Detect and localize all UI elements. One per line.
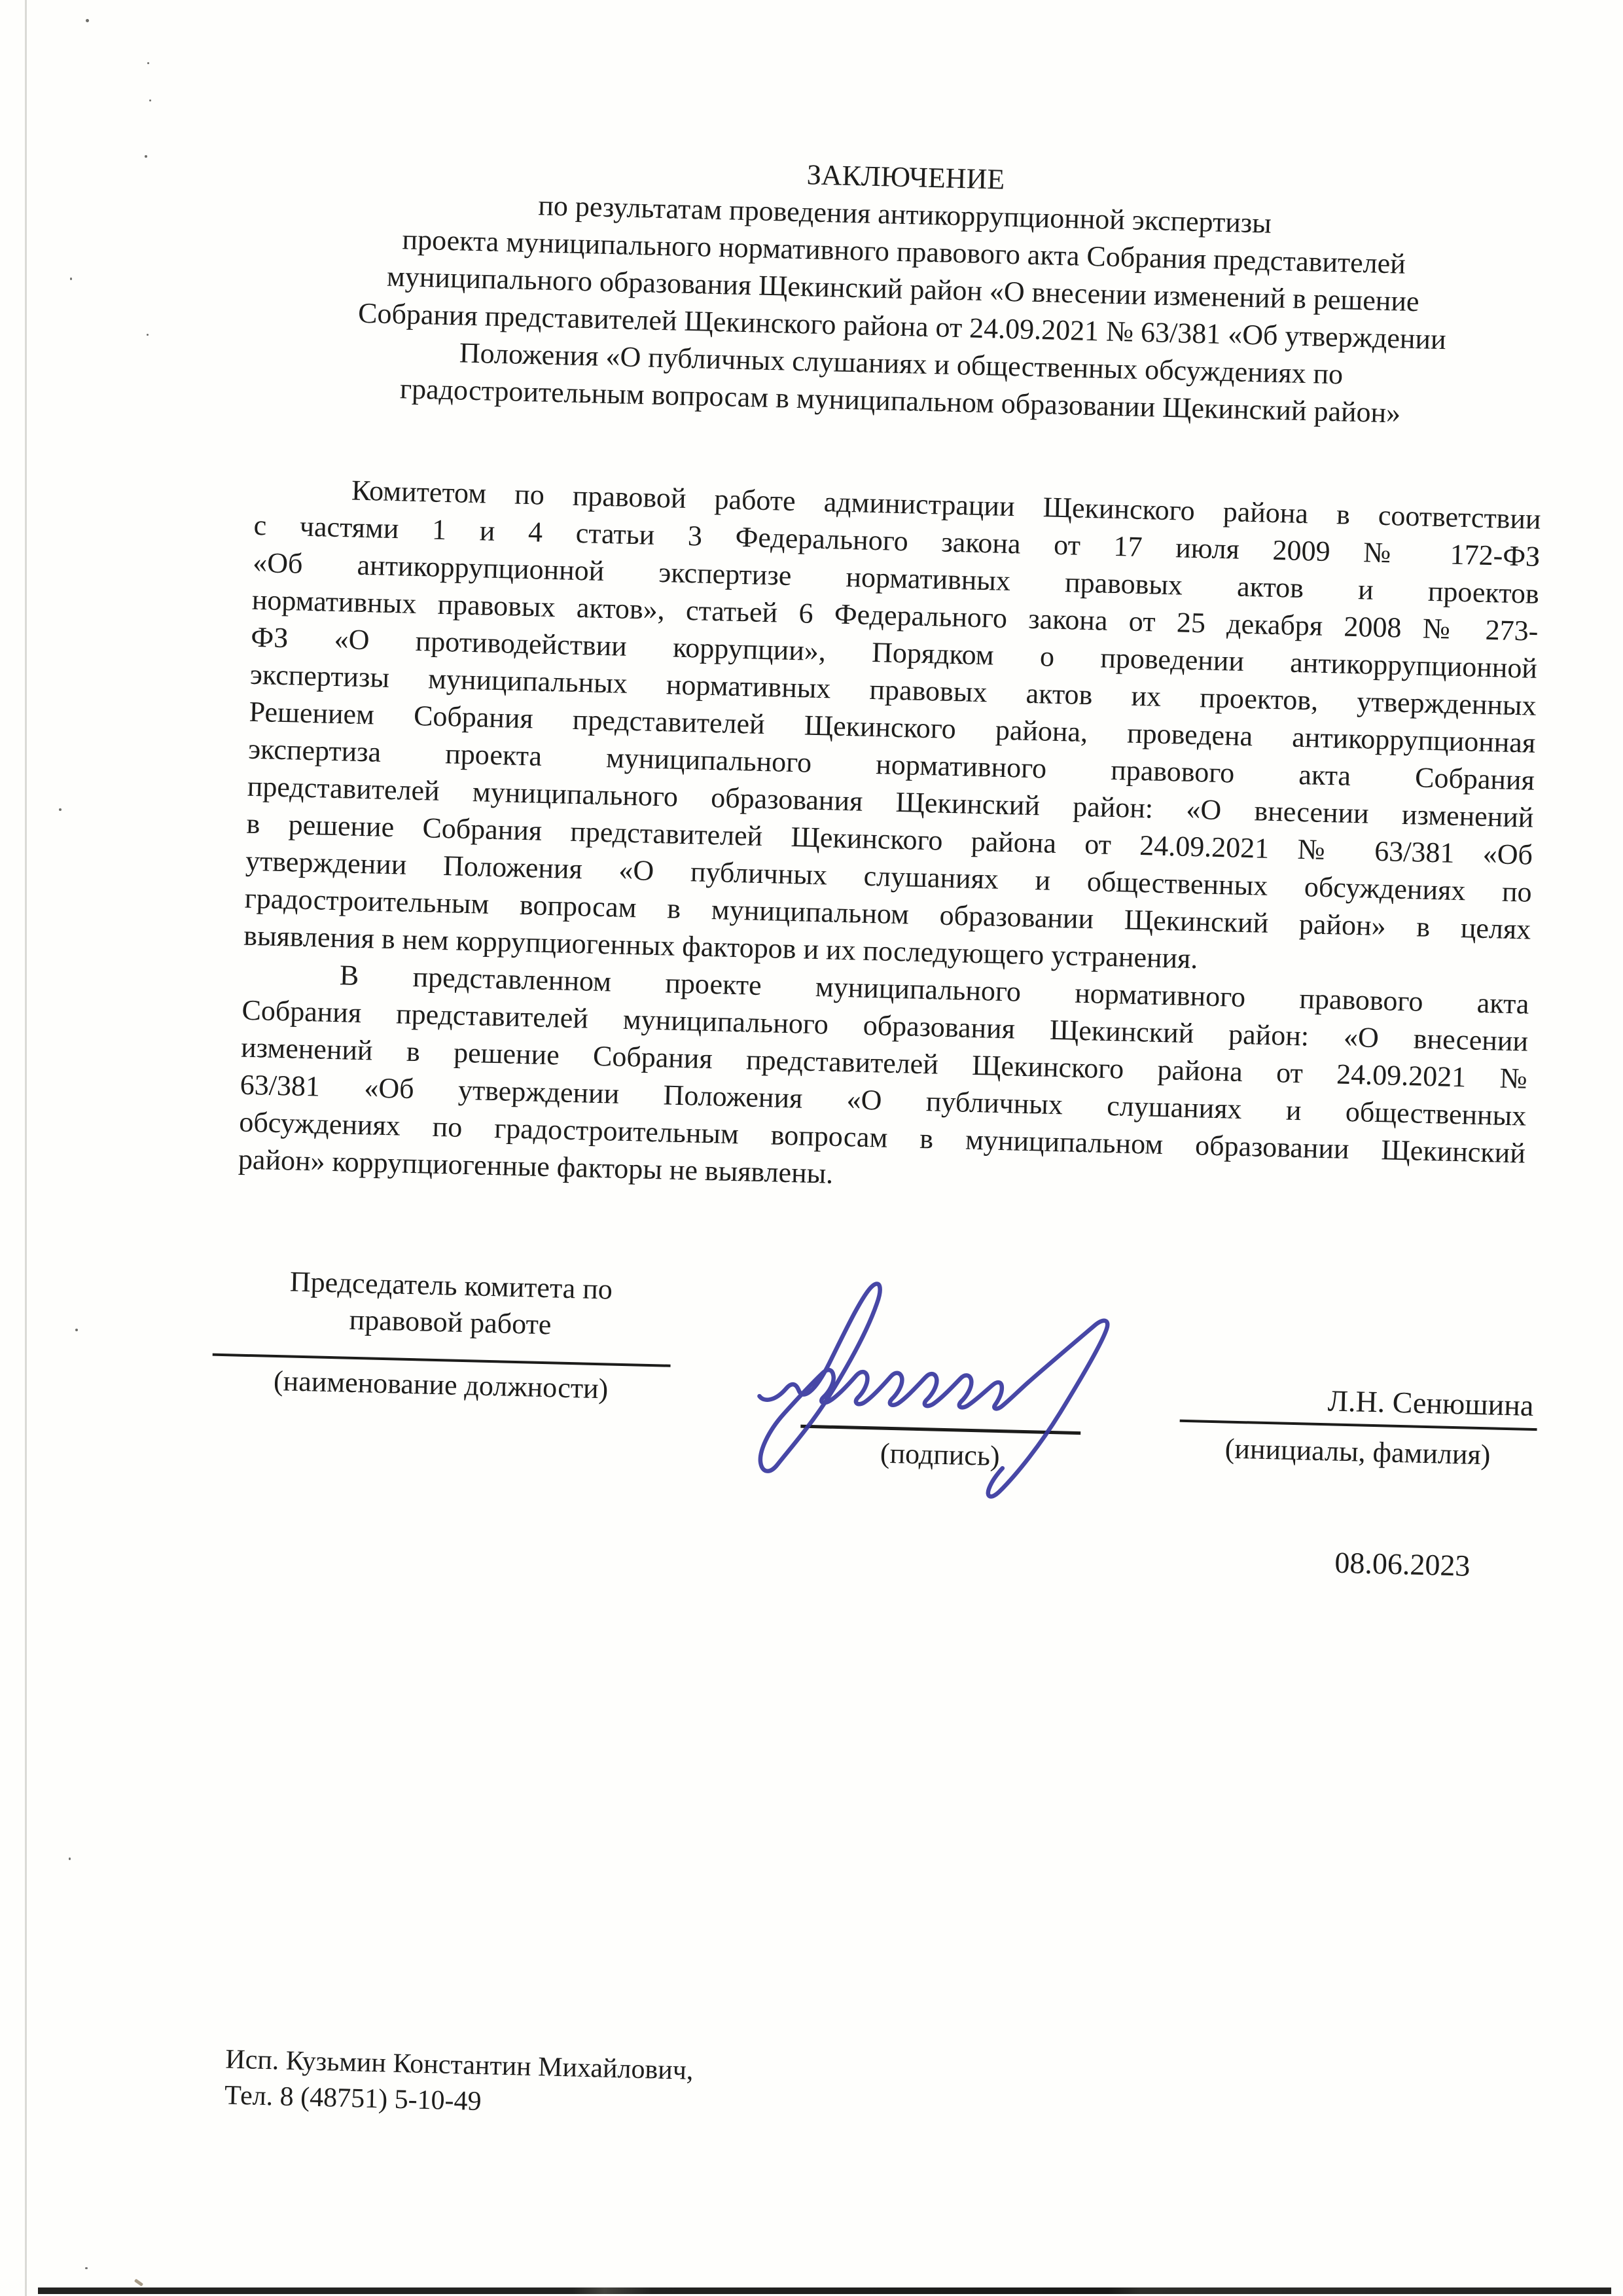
scan-speck (147, 334, 149, 336)
signature-caption: (подпись) (800, 1433, 1080, 1477)
signer-name: Л.Н. Сенюшина (1180, 1378, 1538, 1424)
signature-ink (734, 1261, 1132, 1519)
scan-speck (69, 1857, 71, 1860)
scan-speck (134, 2278, 143, 2286)
scan-speck (59, 808, 62, 811)
scan-speck (145, 155, 147, 158)
executor-block: Исп. Кузьмин Константин Михайлович, Тел.… (224, 2041, 694, 2125)
document-date: 08.06.2023 (1334, 1544, 1471, 1585)
scan-speck (85, 2267, 88, 2269)
scanner-edge-line (25, 0, 27, 2296)
scan-speck (70, 278, 72, 280)
document-body: Комитетом по правовой работе администрац… (238, 469, 1541, 1210)
scanner-bottom-band (38, 2287, 1611, 2294)
scan-speck (75, 1329, 78, 1331)
paragraph: В представленном проекте муниципального … (238, 954, 1529, 1210)
document-title: ЗАКЛЮЧЕНИЕ по результатам проведения ант… (257, 143, 1549, 435)
paragraph: Комитетом по правовой работе администрац… (243, 469, 1542, 986)
scanned-document-page: ЗАКЛЮЧЕНИЕ по результатам проведения ант… (0, 0, 1623, 2296)
scan-speck (86, 19, 89, 22)
position-caption: (наименование должности) (211, 1361, 670, 1409)
scan-speck (147, 62, 149, 64)
scan-speck (149, 99, 151, 101)
name-caption: (инициалы, фамилия) (1179, 1429, 1537, 1475)
document-content: ЗАКЛЮЧЕНИЕ по результатам проведения ант… (213, 143, 1549, 2229)
